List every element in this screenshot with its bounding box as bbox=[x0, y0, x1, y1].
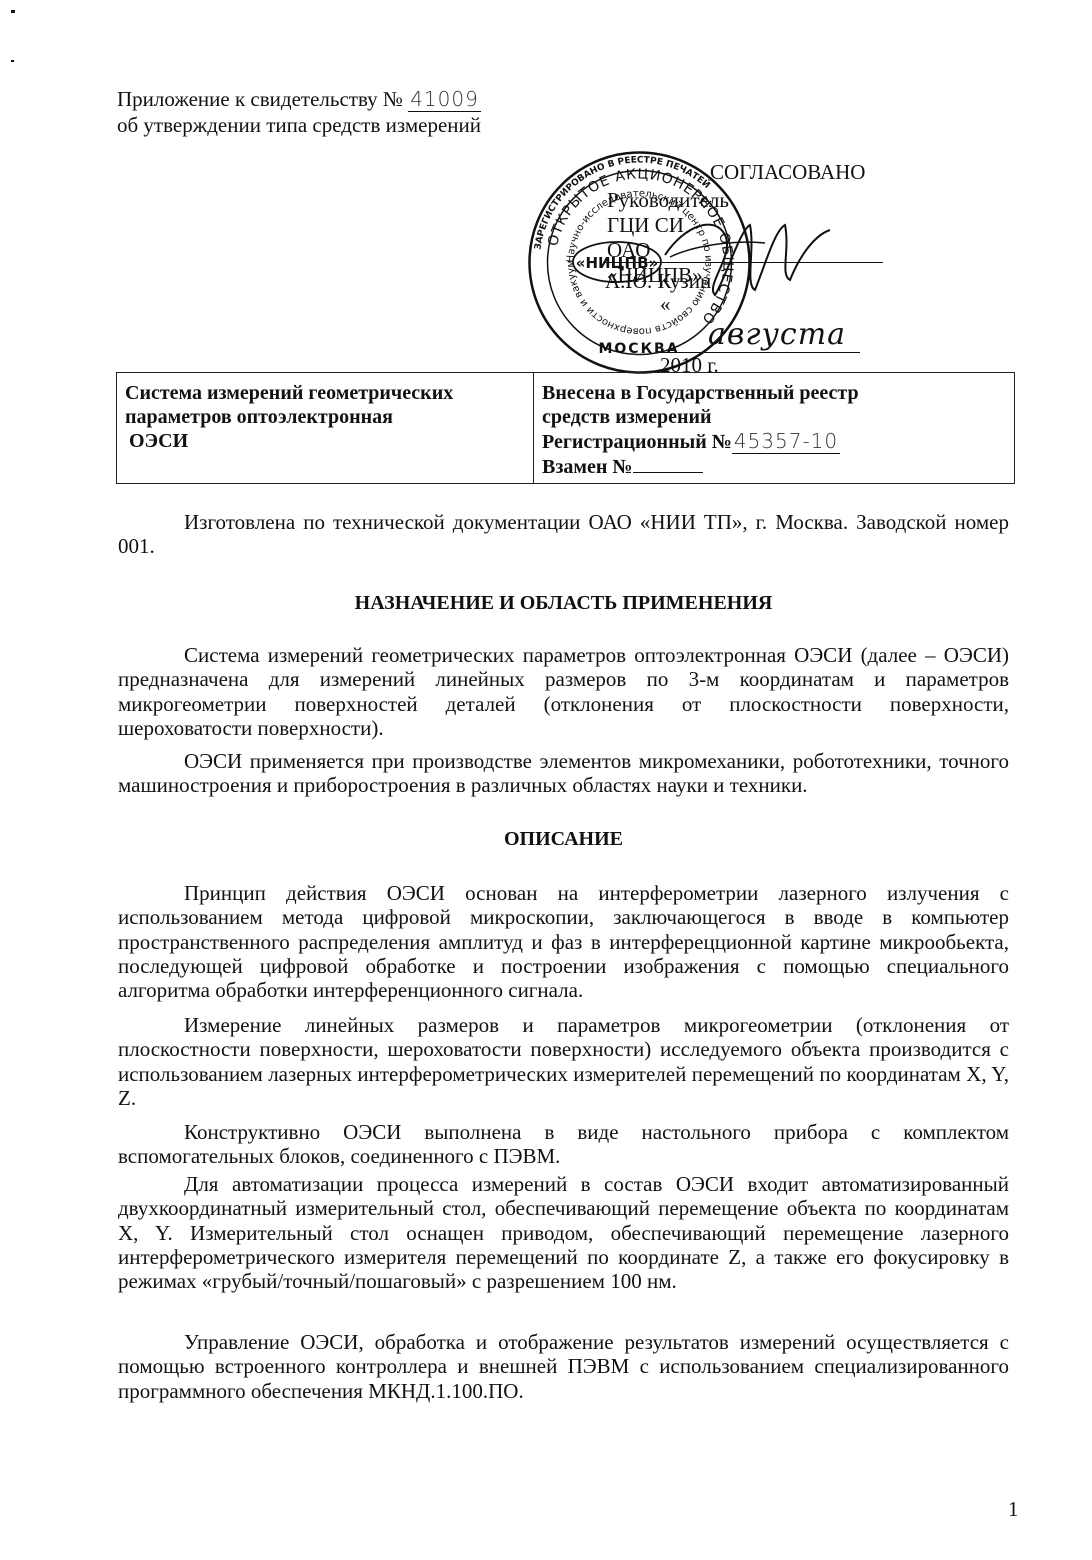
instrument-name-line: параметров оптоэлектронная bbox=[125, 405, 523, 429]
description-paragraph: Измерение линейных размеров и параметров… bbox=[118, 1013, 1009, 1110]
signature-icon bbox=[655, 195, 835, 305]
scan-speck bbox=[11, 60, 14, 62]
instrument-name-cell: Система измерений геометрических парамет… bbox=[117, 373, 534, 484]
date-open-quote: « bbox=[660, 292, 671, 316]
approval-date: « августа 2010 г. bbox=[660, 292, 860, 378]
registration-number-handwritten: 45357-10 bbox=[732, 429, 840, 454]
registry-line: средств измерений bbox=[542, 405, 1004, 429]
page-number: 1 bbox=[1008, 1497, 1019, 1522]
instrument-abbr: ОЭСИ bbox=[125, 429, 523, 453]
description-paragraph: Конструктивно ОЭСИ выполнена в виде наст… bbox=[118, 1120, 1009, 1169]
section-heading-purpose: НАЗНАЧЕНИЕ И ОБЛАСТЬ ПРИМЕНЕНИЯ bbox=[118, 592, 1009, 615]
description-paragraph: Для автоматизации процесса измерений в с… bbox=[118, 1172, 1009, 1293]
purpose-paragraph: ОЭСИ применяется при производстве элемен… bbox=[118, 749, 1009, 798]
section-heading-description: ОПИСАНИЕ bbox=[118, 828, 1009, 851]
registration-table: Система измерений геометрических парамет… bbox=[116, 372, 1015, 484]
scan-speck bbox=[11, 10, 15, 13]
approval-title: СОГЛАСОВАНО bbox=[710, 160, 865, 185]
replaces-blank bbox=[633, 454, 703, 473]
replaces-line: Взамен № bbox=[542, 454, 1004, 479]
appendix-prefix: Приложение к свидетельству № bbox=[117, 87, 403, 111]
description-paragraph: Принцип действия ОЭСИ основан на интерфе… bbox=[118, 881, 1009, 1002]
certificate-number-handwritten: 41009 bbox=[408, 87, 481, 112]
manufacture-info: Изготовлена по технической документации … bbox=[118, 510, 1009, 559]
purpose-paragraph: Система измерений геометрических парамет… bbox=[118, 643, 1009, 740]
appendix-line-1: Приложение к свидетельству № 41009 bbox=[117, 87, 481, 112]
appendix-line-2: об утверждении типа средств измерений bbox=[117, 113, 481, 137]
date-handwritten: августа bbox=[660, 317, 860, 353]
registration-number-line: Регистрационный №45357-10 bbox=[542, 429, 1004, 454]
registry-line: Внесена в Государственный реестр bbox=[542, 381, 1004, 405]
description-paragraph: Управление ОЭСИ, обработка и отображение… bbox=[118, 1330, 1009, 1403]
registry-info-cell: Внесена в Государственный реестр средств… bbox=[534, 373, 1015, 484]
instrument-name-line: Система измерений геометрических bbox=[125, 381, 523, 405]
